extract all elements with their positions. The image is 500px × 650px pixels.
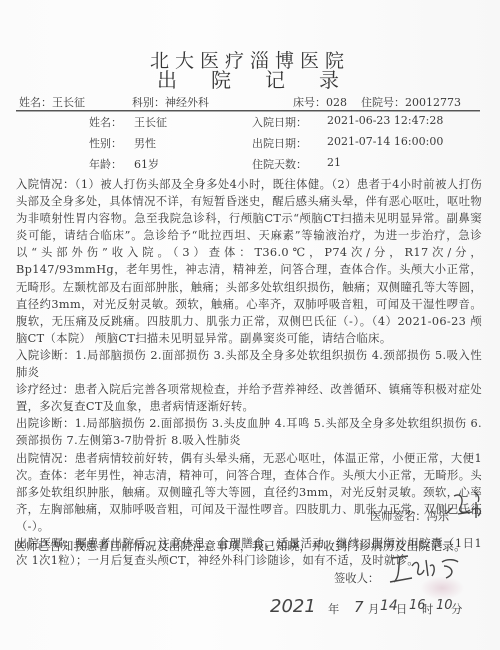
section-treatment-course: 诊疗经过：患者入院后完善各项常规检查，并给予营养神经、改善循环、镇痛等积极对症处… bbox=[16, 381, 482, 415]
header-row: 姓名：王长征 科别：神经外科 床号：028 住院号：20012773 bbox=[19, 92, 481, 110]
sign-year-unit: 年 bbox=[328, 601, 339, 617]
section-admission-status: 入院情况：（1）被人打伤头部及全身多处4小时，既往体健。（2）患者于4小时前被人… bbox=[16, 176, 482, 347]
info-name-label: 姓名： bbox=[89, 114, 122, 130]
info-stay-days-value: 21 bbox=[327, 156, 341, 169]
info-sex-label: 性别： bbox=[89, 135, 122, 151]
sign-minute-unit: 分 bbox=[451, 601, 462, 617]
header-bed-value: 028 bbox=[326, 96, 347, 109]
sign-month-unit: 月 bbox=[368, 601, 379, 617]
section-label: 入院情况： bbox=[16, 178, 75, 191]
header-bed: 床号：028 bbox=[293, 94, 347, 110]
section-text: 1.局部脑损伤 2.面部损伤 3.头皮血肿 4.耳鸣 5.头部及全身多处软组织损… bbox=[16, 417, 482, 447]
info-discharge-date-value: 2021-07-14 16:00:00 bbox=[327, 135, 443, 148]
section-admission-diagnosis: 入院诊断：1.局部脑损伤 2.面部损伤 3.头部及全身多处软组织损伤 4.颈部损… bbox=[16, 347, 482, 381]
sign-month: 7 bbox=[354, 598, 364, 616]
info-admit-date-value: 2021-06-23 12:47:28 bbox=[327, 114, 443, 127]
header-divider bbox=[16, 110, 480, 112]
receiver-signature: 签收人： bbox=[334, 570, 379, 586]
info-name-value: 王长征 bbox=[134, 114, 167, 130]
header-dept-value: 神经外科 bbox=[165, 96, 209, 109]
header-admission-no: 住院号：20012773 bbox=[361, 94, 461, 110]
header-department: 科别：神经外科 bbox=[132, 94, 209, 110]
info-stay-days-label: 住院天数： bbox=[252, 156, 307, 172]
section-label: 出院情况： bbox=[16, 452, 75, 465]
header-name-value: 王长征 bbox=[52, 96, 85, 109]
section-label: 入院诊断： bbox=[16, 349, 75, 362]
discharge-record-page: 北大医疗淄博医院 出院记录 姓名：王长征 科别：神经外科 床号：028 住院号：… bbox=[0, 0, 500, 650]
header-admission-no-label: 住院号： bbox=[361, 96, 405, 109]
header-admission-no-value: 20012773 bbox=[405, 96, 461, 109]
section-text: 患者入院后完善各项常规检查，并给予营养神经、改善循环、镇痛等积极对症处置，多次复… bbox=[16, 383, 482, 413]
sign-date: 2021 年 7 月 14 日 16 时 10 分 bbox=[268, 596, 468, 626]
info-admit-date-label: 入院日期： bbox=[252, 114, 307, 130]
document-title: 出院记录 bbox=[0, 64, 500, 93]
section-label: 出院诊断： bbox=[16, 417, 75, 430]
info-discharge-date-label: 出院日期： bbox=[252, 135, 307, 151]
handwritten-signature-icon bbox=[442, 488, 492, 522]
header-name: 姓名：王长征 bbox=[19, 94, 85, 110]
info-sex-value: 男性 bbox=[134, 135, 156, 151]
header-dept-label: 科别： bbox=[132, 96, 165, 109]
sign-year: 2021 bbox=[270, 596, 316, 617]
header-name-label: 姓名： bbox=[19, 96, 52, 109]
header-bed-label: 床号： bbox=[293, 96, 326, 109]
section-label: 诊疗经过： bbox=[16, 383, 74, 396]
receiver-label: 签收人： bbox=[334, 572, 379, 585]
section-text: （1）被人打伤头部及全身多处4小时，既往体健。（2）患者于4小时前被人打伤头部及… bbox=[16, 178, 482, 345]
doctor-signature: 医师签名：冯乐 bbox=[370, 508, 449, 524]
doctor-signature-label: 医师签名： bbox=[370, 510, 427, 523]
info-age-value: 61岁 bbox=[134, 156, 159, 172]
sign-hour-unit: 时 bbox=[422, 601, 433, 617]
section-text: 1.局部脑损伤 2.面部损伤 3.头部及全身多处软组织损伤 4.颈部损伤 5.吸… bbox=[16, 349, 482, 379]
info-age-label: 年龄： bbox=[89, 156, 122, 172]
section-discharge-diagnosis: 出院诊断：1.局部脑损伤 2.面部损伤 3.头皮血肿 4.耳鸣 5.头部及全身多… bbox=[16, 415, 482, 449]
sign-day-unit: 日 bbox=[396, 601, 407, 617]
